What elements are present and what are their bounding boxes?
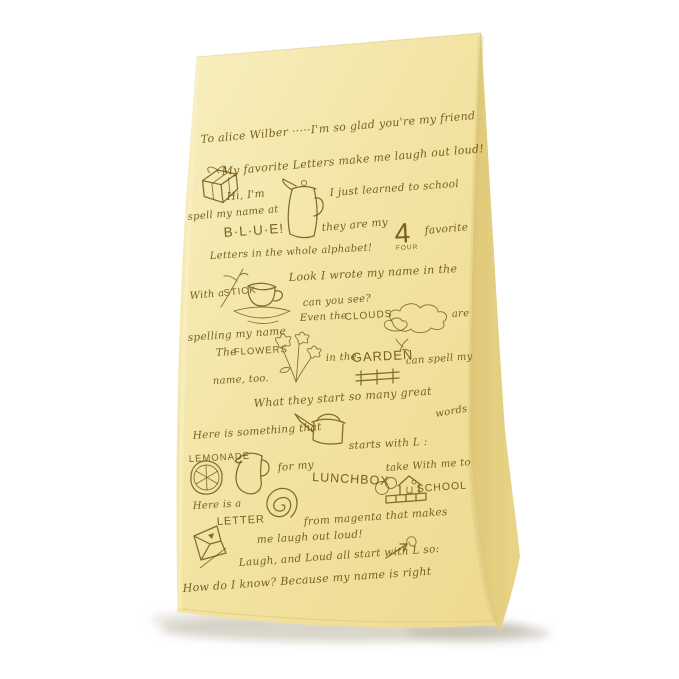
text-are: are <box>452 308 470 320</box>
product-photo: To alice Wilber ·····I'm so glad you're … <box>0 0 679 679</box>
paper-bag: To alice Wilber ·····I'm so glad you're … <box>0 0 679 679</box>
text-letter: LETTER <box>217 513 266 528</box>
text-four-label: FOUR <box>396 244 419 252</box>
